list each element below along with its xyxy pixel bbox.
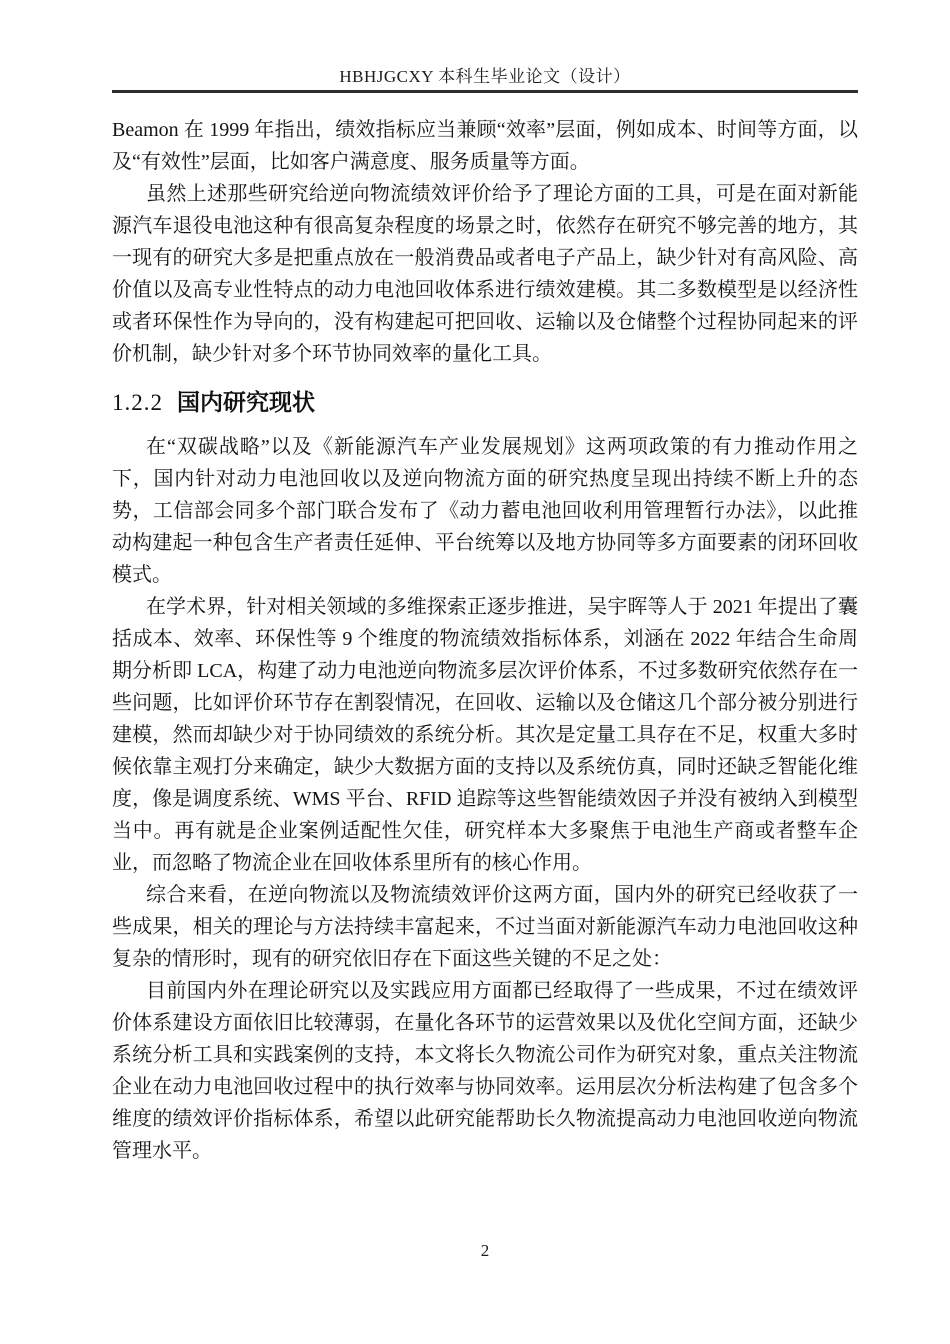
body-paragraph-3: 在“双碳战略”以及《新能源汽车产业发展规划》这两项政策的有力推动作用之下，国内针…	[112, 431, 858, 591]
body-paragraph-6: 目前国内外在理论研究以及实践应用方面都已经取得了一些成果，不过在绩效评价体系建设…	[112, 975, 858, 1167]
document-page: HBHJGCXY 本科生毕业论文（设计） Beamon 在 1999 年指出，绩…	[0, 0, 950, 1344]
page-content: HBHJGCXY 本科生毕业论文（设计） Beamon 在 1999 年指出，绩…	[112, 0, 858, 1167]
page-header: HBHJGCXY 本科生毕业论文（设计）	[112, 67, 858, 93]
page-footer: 2	[112, 1240, 858, 1262]
section-heading: 1.2.2国内研究现状	[112, 387, 858, 418]
section-number: 1.2.2	[112, 390, 163, 415]
page-number: 2	[481, 1241, 490, 1260]
body-paragraph-1: Beamon 在 1999 年指出，绩效指标应当兼顾“效率”层面，例如成本、时间…	[112, 114, 858, 178]
section-title: 国内研究现状	[177, 389, 315, 415]
body-paragraph-4: 在学术界，针对相关领域的多维探索正逐步推进，吴宇晖等人于 2021 年提出了囊括…	[112, 591, 858, 879]
body-paragraph-2: 虽然上述那些研究给逆向物流绩效评价给予了理论方面的工具，可是在面对新能源汽车退役…	[112, 178, 858, 370]
body-paragraph-5: 综合来看，在逆向物流以及物流绩效评价这两方面，国内外的研究已经收获了一些成果，相…	[112, 879, 858, 975]
header-title: HBHJGCXY 本科生毕业论文（设计）	[339, 67, 630, 86]
